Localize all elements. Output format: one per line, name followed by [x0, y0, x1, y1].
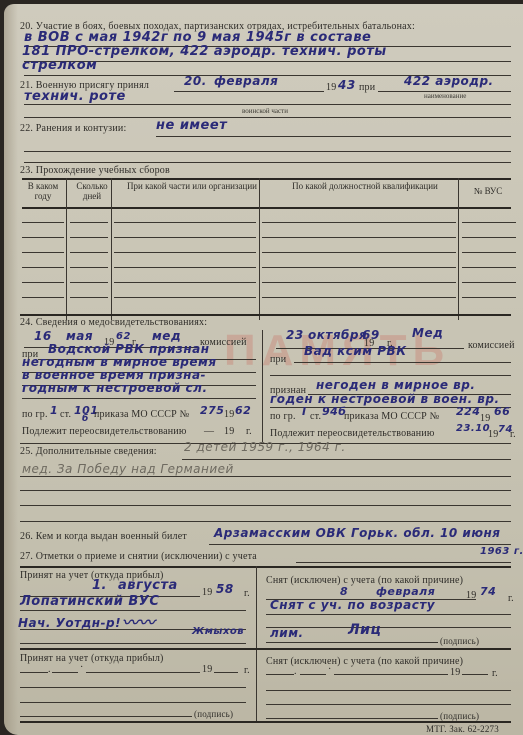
- s20-line-2: 181 ПРО-стрелком, 422 аэродр. технич. ро…: [22, 44, 387, 59]
- s21-at-label: при: [359, 82, 375, 93]
- s23-table-row-line: [114, 297, 256, 298]
- s27-b1-line-1: Лопатинский ВУС: [20, 594, 159, 609]
- s23-table-row-line: [462, 237, 516, 238]
- s24-right-st-label: ст.: [310, 411, 321, 422]
- s23-table-row-line: [70, 267, 108, 268]
- s23-table-row-line: [22, 297, 64, 298]
- s27-b2-year-suffix: г.: [244, 665, 250, 676]
- s27-b1r-year: 74: [480, 585, 496, 598]
- s21-year-prefix: 19: [326, 82, 336, 93]
- s24-right-st: 94б: [322, 405, 347, 418]
- s21-caption-name: наименование: [424, 92, 466, 100]
- s27-b1-year-prefix: 19: [202, 587, 212, 598]
- s23-table-row-line: [70, 282, 108, 283]
- s21-unit-2: технич. роте: [24, 89, 126, 104]
- s23-label: 23. Прохождение учебных сборов: [20, 165, 170, 176]
- s27-label: 27. Отметки о приеме и снятии (исключени…: [20, 551, 257, 562]
- s27-b1r-month: февраля: [376, 585, 435, 598]
- s24-right-gr-label: по гр.: [270, 411, 296, 422]
- s23-table-row-line: [114, 222, 256, 223]
- s26-value: Арзамасским ОВК Горьк. обл. 10 июня: [214, 526, 501, 540]
- s21-year: 43: [338, 78, 356, 92]
- s23-table-row-line: [114, 267, 256, 268]
- s23-table-row-line: [70, 222, 108, 223]
- s23-table-row-line: [70, 237, 108, 238]
- s27-b2r-year-prefix: 19: [450, 667, 460, 678]
- s20-line-3: стрелком: [22, 58, 97, 73]
- s27-b1r-year-suffix: г.: [508, 593, 514, 604]
- s20-line-1: в ВОВ с мая 1942г по 9 мая 1945г в соста…: [24, 30, 371, 45]
- s24-left-day: 16: [34, 329, 52, 343]
- s23-table-row-line: [114, 282, 256, 283]
- s23-table-row-line: [22, 237, 64, 238]
- s24-right-at-label: при: [270, 354, 286, 365]
- s23-table-row-line: [262, 252, 456, 253]
- s23-table-row-line: [262, 282, 456, 283]
- s24-right-text-1: негоден в мирное вр.: [316, 378, 475, 392]
- s23-table-row-line: [462, 252, 516, 253]
- s24-right-reexam-year-prefix: 19: [488, 429, 498, 440]
- military-id-page: 20. Участие в боях, боевых походах, парт…: [4, 4, 523, 735]
- s21-month: февраля: [214, 74, 278, 88]
- s24-right-year: 69: [362, 328, 380, 342]
- s23-table-row-line: [462, 267, 516, 268]
- s24-right-gr: I: [302, 405, 307, 418]
- s27-b2r-year-suffix: г.: [492, 668, 498, 679]
- s24-left-b: б: [82, 414, 89, 424]
- s27-b2r-signature-label: (подпись): [440, 711, 479, 721]
- s23-col-unit: При какой части или организации: [122, 181, 262, 191]
- s27-b1-line-2: Нач. Уотдн-р!: [18, 616, 121, 630]
- s27-b1r-day: 8: [340, 585, 348, 598]
- s27-b1r-signature-label: (подпись): [440, 636, 479, 646]
- s23-col-qualification: По какой должностной квалификации: [272, 181, 458, 191]
- s24-right-day: 23: [286, 328, 304, 342]
- s24-right-order-label: приказа МО СССР №: [344, 411, 439, 422]
- s27-b1r-line-1: Снят с уч. по возрасту: [270, 598, 435, 612]
- s21-caption-unit: воинской части: [242, 107, 288, 115]
- s27-b1-year-suffix: г.: [244, 588, 250, 599]
- s23-col-vus: № ВУС: [460, 186, 516, 196]
- s24-right-reexam-suffix: г.: [510, 429, 516, 440]
- s23-table-row-line: [262, 297, 456, 298]
- s24-left-order-year-prefix: 19: [224, 409, 234, 420]
- s27-b1r-year-prefix: 19: [466, 590, 476, 601]
- s24-right-reexam-label: Подлежит переосвидетельствованию: [270, 428, 435, 439]
- s24-right-at-value: Вад ксим РВК: [304, 344, 407, 358]
- s23-table-row-line: [262, 267, 456, 268]
- s24-right-reexam-value: 23.10: [456, 423, 490, 434]
- s24-left-month: мая: [66, 329, 93, 343]
- s24-left-text-2: негодным в мирное время: [22, 355, 217, 369]
- s24-left-gr-label: по гр.: [22, 409, 48, 420]
- s27-b1r-signature: Лиц: [348, 622, 381, 638]
- s26-label: 26. Кем и когда выдан военный билет: [20, 531, 187, 542]
- s24-left-order-year: 62: [235, 404, 251, 417]
- s23-table-row-line: [22, 252, 64, 253]
- s27-b2-year-prefix: 19: [202, 664, 212, 675]
- s27-b1-year: 58: [216, 582, 234, 596]
- s24-right-order-year: 66: [494, 405, 510, 418]
- s21-day: 20.: [184, 74, 207, 88]
- s21-unit-1: 422 аэродр.: [404, 74, 494, 88]
- s24-left-order-no: 275: [200, 404, 224, 417]
- s24-left-gr: 1: [50, 404, 58, 417]
- s23-table-row-line: [462, 282, 516, 283]
- s24-left-text-4: годным к нестроевой сл.: [22, 381, 208, 395]
- s24-left-reexam-suffix: г.: [246, 426, 252, 437]
- s24-left-reexam-label: Подлежит переосвидетельствованию: [22, 426, 187, 437]
- s23-col-days: Сколько дней: [70, 181, 114, 201]
- s24-left-order-label: приказа МО СССР №: [94, 409, 189, 420]
- s24-right-text-2: годен к нестроевой в воен. вр.: [270, 392, 500, 406]
- s27-b1-month: августа: [118, 578, 178, 593]
- s23-table-row-line: [70, 252, 108, 253]
- s26-year: 1963 г.: [480, 546, 523, 557]
- s23-table-row-line: [462, 222, 516, 223]
- s27-b2-signature-label: (подпись): [194, 709, 233, 719]
- s23-table-row-line: [262, 222, 456, 223]
- s24-left-text-1: Водской РВК признан: [48, 342, 210, 356]
- s23-table-row-line: [22, 222, 64, 223]
- s23-table-row-line: [262, 237, 456, 238]
- s24-left-year: 62: [116, 331, 131, 342]
- s25-value-2: мед. За Победу над Германией: [22, 462, 234, 476]
- s23-table-row-line: [70, 297, 108, 298]
- s23-table-row-line: [114, 252, 256, 253]
- s24-left-reexam-value: —: [204, 426, 214, 437]
- s24-right-order-no: 224: [456, 405, 480, 418]
- s23-table-row-line: [462, 297, 516, 298]
- s22-value: не имеет: [156, 118, 227, 133]
- s27-b1r-line-2: лим.: [270, 626, 304, 640]
- s24-left-commission: мед: [152, 329, 181, 343]
- printer-mark: МТГ. Зак. 62-2273: [426, 724, 499, 734]
- s27-b2-accepted-label: Принят на учет (откуда прибыл): [20, 653, 164, 664]
- s27-b1-day: 1.: [92, 578, 107, 593]
- s27-b1-signer: Жмыхов: [192, 626, 244, 637]
- s23-col-year: В каком году: [20, 181, 66, 201]
- s24-right-commission-label: комиссией: [468, 340, 515, 351]
- s23-table-row-line: [114, 237, 256, 238]
- s24-label: 24. Сведения о медосвидетельствованиях:: [20, 317, 207, 328]
- s24-left-text-3: в военное время призна-: [22, 368, 206, 382]
- s23-table-row-line: [22, 282, 64, 283]
- s25-value-1: 2 детей 1959 г., 1964 г.: [184, 440, 346, 454]
- s24-right-month: октября: [308, 328, 367, 342]
- s24-left-reexam-year-prefix: 19: [224, 426, 234, 437]
- s24-right-commission: Мед: [412, 326, 443, 340]
- s24-left-st-label: ст.: [60, 409, 71, 420]
- s23-table-row-line: [22, 267, 64, 268]
- s25-label: 25. Дополнительные сведения:: [20, 446, 157, 457]
- s22-label: 22. Ранения и контузии:: [20, 123, 126, 134]
